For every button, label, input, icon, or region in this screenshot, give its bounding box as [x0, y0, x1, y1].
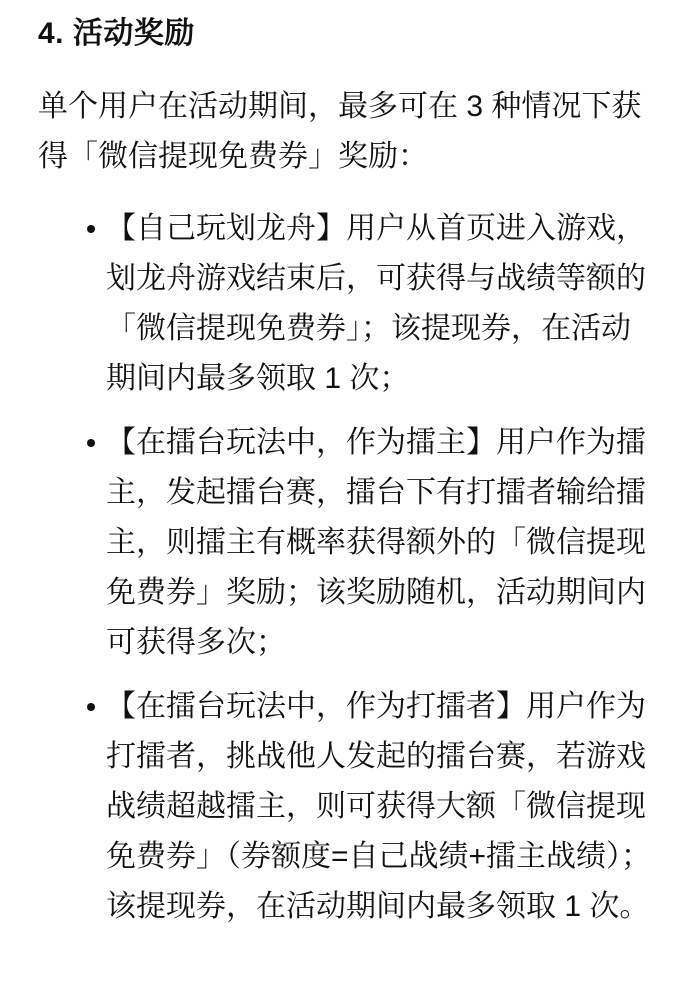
list-item-arena-challenger: 【在擂台玩法中，作为打擂者】用户作为打擂者，挑战他人发起的擂台赛，若游戏战绩超越…: [106, 682, 660, 932]
section-heading: 4. 活动奖励: [38, 16, 660, 52]
list-item-text: 【在擂台玩法中，作为擂主】用户作为擂主，发起擂台赛，擂台下有打擂者输给擂主，则擂…: [106, 418, 660, 668]
list-item-arena-host: 【在擂台玩法中，作为擂主】用户作为擂主，发起擂台赛，擂台下有打擂者输给擂主，则擂…: [106, 418, 660, 668]
reward-list: 【自己玩划龙舟】用户从首页进入游戏，划龙舟游戏结束后，可获得与战绩等额的「微信提…: [38, 204, 660, 932]
bullet-icon: [87, 703, 95, 711]
list-item-self-play: 【自己玩划龙舟】用户从首页进入游戏，划龙舟游戏结束后，可获得与战绩等额的「微信提…: [106, 204, 660, 404]
bullet-icon: [87, 439, 95, 447]
article-page: 4. 活动奖励 单个用户在活动期间，最多可在 3 种情况下获得「微信提现免费券」…: [0, 0, 700, 952]
list-item-text: 【自己玩划龙舟】用户从首页进入游戏，划龙舟游戏结束后，可获得与战绩等额的「微信提…: [106, 204, 660, 404]
list-item-text: 【在擂台玩法中，作为打擂者】用户作为打擂者，挑战他人发起的擂台赛，若游戏战绩超越…: [106, 682, 660, 932]
intro-paragraph: 单个用户在活动期间，最多可在 3 种情况下获得「微信提现免费券」奖励：: [38, 82, 660, 182]
bullet-icon: [87, 225, 95, 233]
